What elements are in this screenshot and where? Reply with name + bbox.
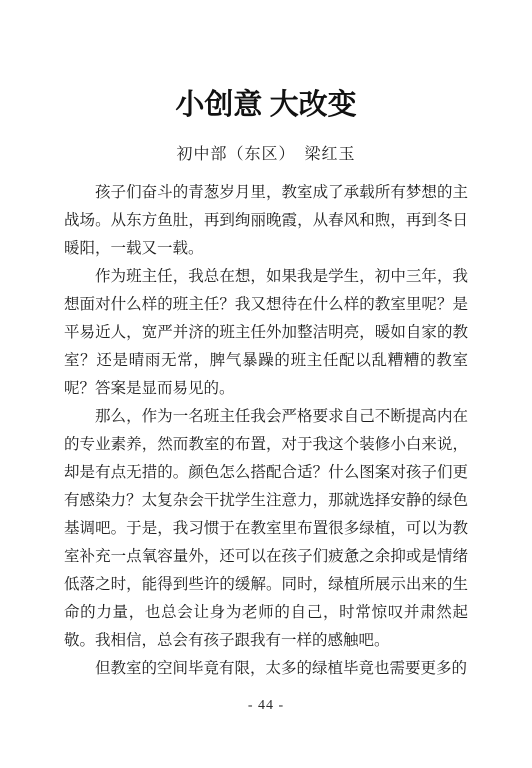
document-title: 小创意 大改变 xyxy=(64,88,468,123)
paragraph-3: 那么，作为一名班主任我会严格要求自己不断提高内在的专业素养，然而教室的布置，对于… xyxy=(64,403,468,655)
paragraph-2: 作为班主任，我总在想，如果我是学生，初中三年，我想面对什么样的班主任？我又想待在… xyxy=(64,263,468,403)
paragraph-1: 孩子们奋斗的青葱岁月里，教室成了承载所有梦想的主战场。从东方鱼肚，再到绚丽晚霞，… xyxy=(64,179,468,263)
page-number: - 44 - xyxy=(0,698,532,714)
document-body: 孩子们奋斗的青葱岁月里，教室成了承载所有梦想的主战场。从东方鱼肚，再到绚丽晚霞，… xyxy=(64,179,468,683)
document-page: 小创意 大改变 初中部（东区） 梁红玉 孩子们奋斗的青葱岁月里，教室成了承载所有… xyxy=(0,0,532,768)
paragraph-4: 但教室的空间毕竟有限，太多的绿植毕竟也需要更多的 xyxy=(64,655,468,683)
document-byline: 初中部（东区） 梁红玉 xyxy=(64,145,468,165)
